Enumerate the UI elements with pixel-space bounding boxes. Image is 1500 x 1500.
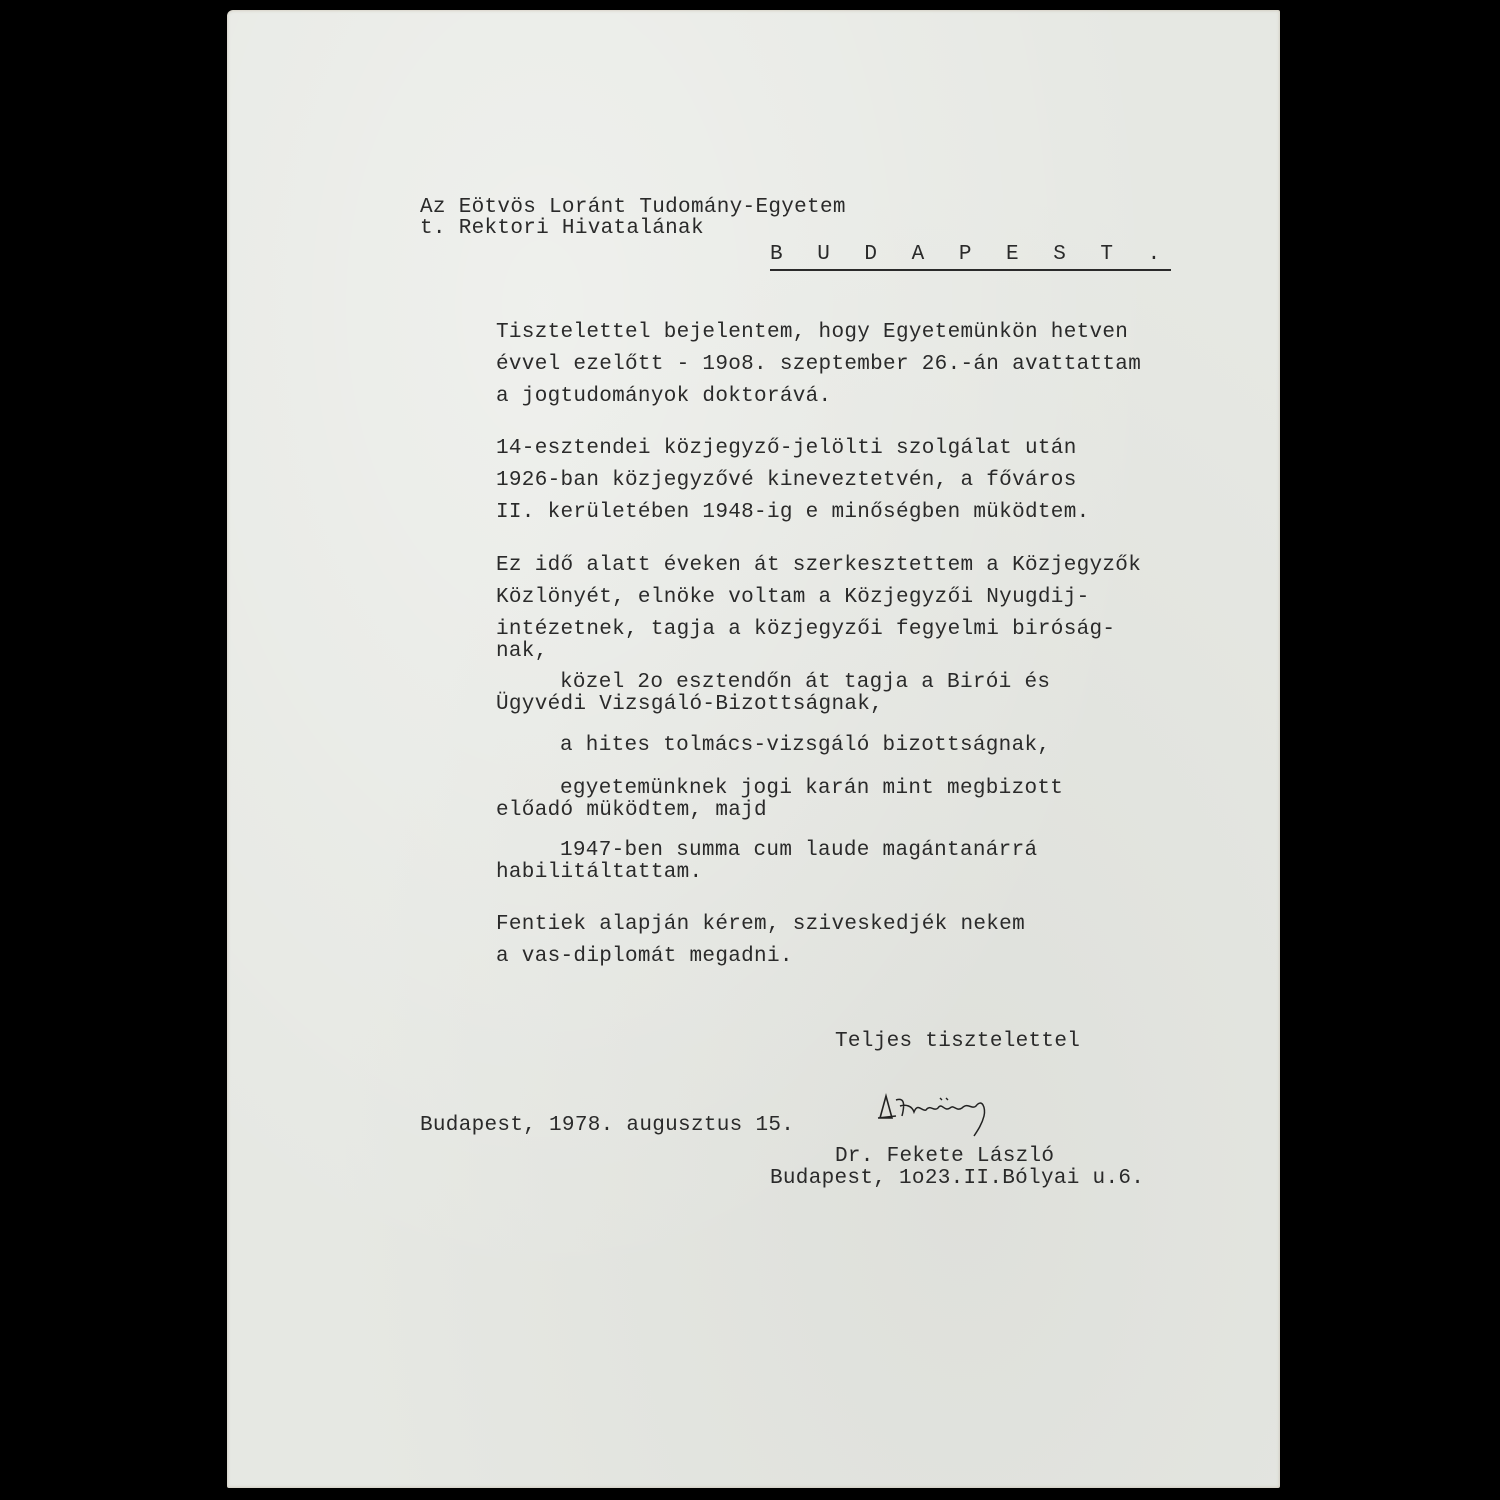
paragraph-1-line-1: Tisztelettel bejelentem, hogy Egyetemünk… (496, 322, 1128, 343)
paragraph-1-line-3: a jogtudományok doktorává. (496, 386, 831, 407)
paragraph-8-line-1: Fentiek alapján kérem, sziveskedjék neke… (496, 914, 1025, 935)
recipient-line-1: Az Eötvös Loránt Tudomány-Egyetem (420, 197, 846, 218)
paragraph-3-line-4: nak, (496, 641, 548, 662)
paragraph-6-line-2: előadó müködtem, majd (496, 800, 767, 821)
handwritten-signature-icon (872, 1088, 997, 1138)
recipient-line-2: t. Rektori Hivatalának (420, 218, 704, 239)
signer-name: Dr. Fekete László (835, 1146, 1054, 1167)
paragraph-3-line-2: Közlönyét, elnöke voltam a Közjegyzői Ny… (496, 587, 1090, 608)
closing-salutation: Teljes tisztelettel (835, 1031, 1080, 1052)
paragraph-4-line-2: Ügyvédi Vizsgáló-Bizottságnak, (496, 694, 883, 715)
signer-address: Budapest, 1o23.II.Bólyai u.6. (770, 1168, 1144, 1189)
paragraph-8-line-2: a vas-diplomát megadni. (496, 946, 793, 967)
paragraph-6-line-1: egyetemünknek jogi karán mint megbizott (560, 778, 1063, 799)
paragraph-3-line-1: Ez idő alatt éveken át szerkesztettem a … (496, 555, 1141, 576)
paragraph-7-line-1: 1947-ben summa cum laude magántanárrá (560, 840, 1037, 861)
paragraph-4-line-1: közel 2o esztendőn át tagja a Birói és (560, 672, 1050, 693)
paragraph-2-line-1: 14-esztendei közjegyző-jelölti szolgálat… (496, 438, 1077, 459)
paragraph-1-line-2: évvel ezelőtt - 19o8. szeptember 26.-án … (496, 354, 1141, 375)
recipient-city: B U D A P E S T . (770, 244, 1171, 271)
letter-date: Budapest, 1978. augusztus 15. (420, 1115, 794, 1136)
paragraph-3-line-3: intézetnek, tagja a közjegyzői fegyelmi … (496, 619, 1115, 640)
paragraph-2-line-3: II. kerületében 1948-ig e minőségben mük… (496, 502, 1090, 523)
paragraph-2-line-2: 1926-ban közjegyzővé kineveztetvén, a fő… (496, 470, 1077, 491)
paragraph-5-line-1: a hites tolmács-vizsgáló bizottságnak, (560, 735, 1050, 756)
paragraph-7-line-2: habilitáltattam. (496, 862, 702, 883)
